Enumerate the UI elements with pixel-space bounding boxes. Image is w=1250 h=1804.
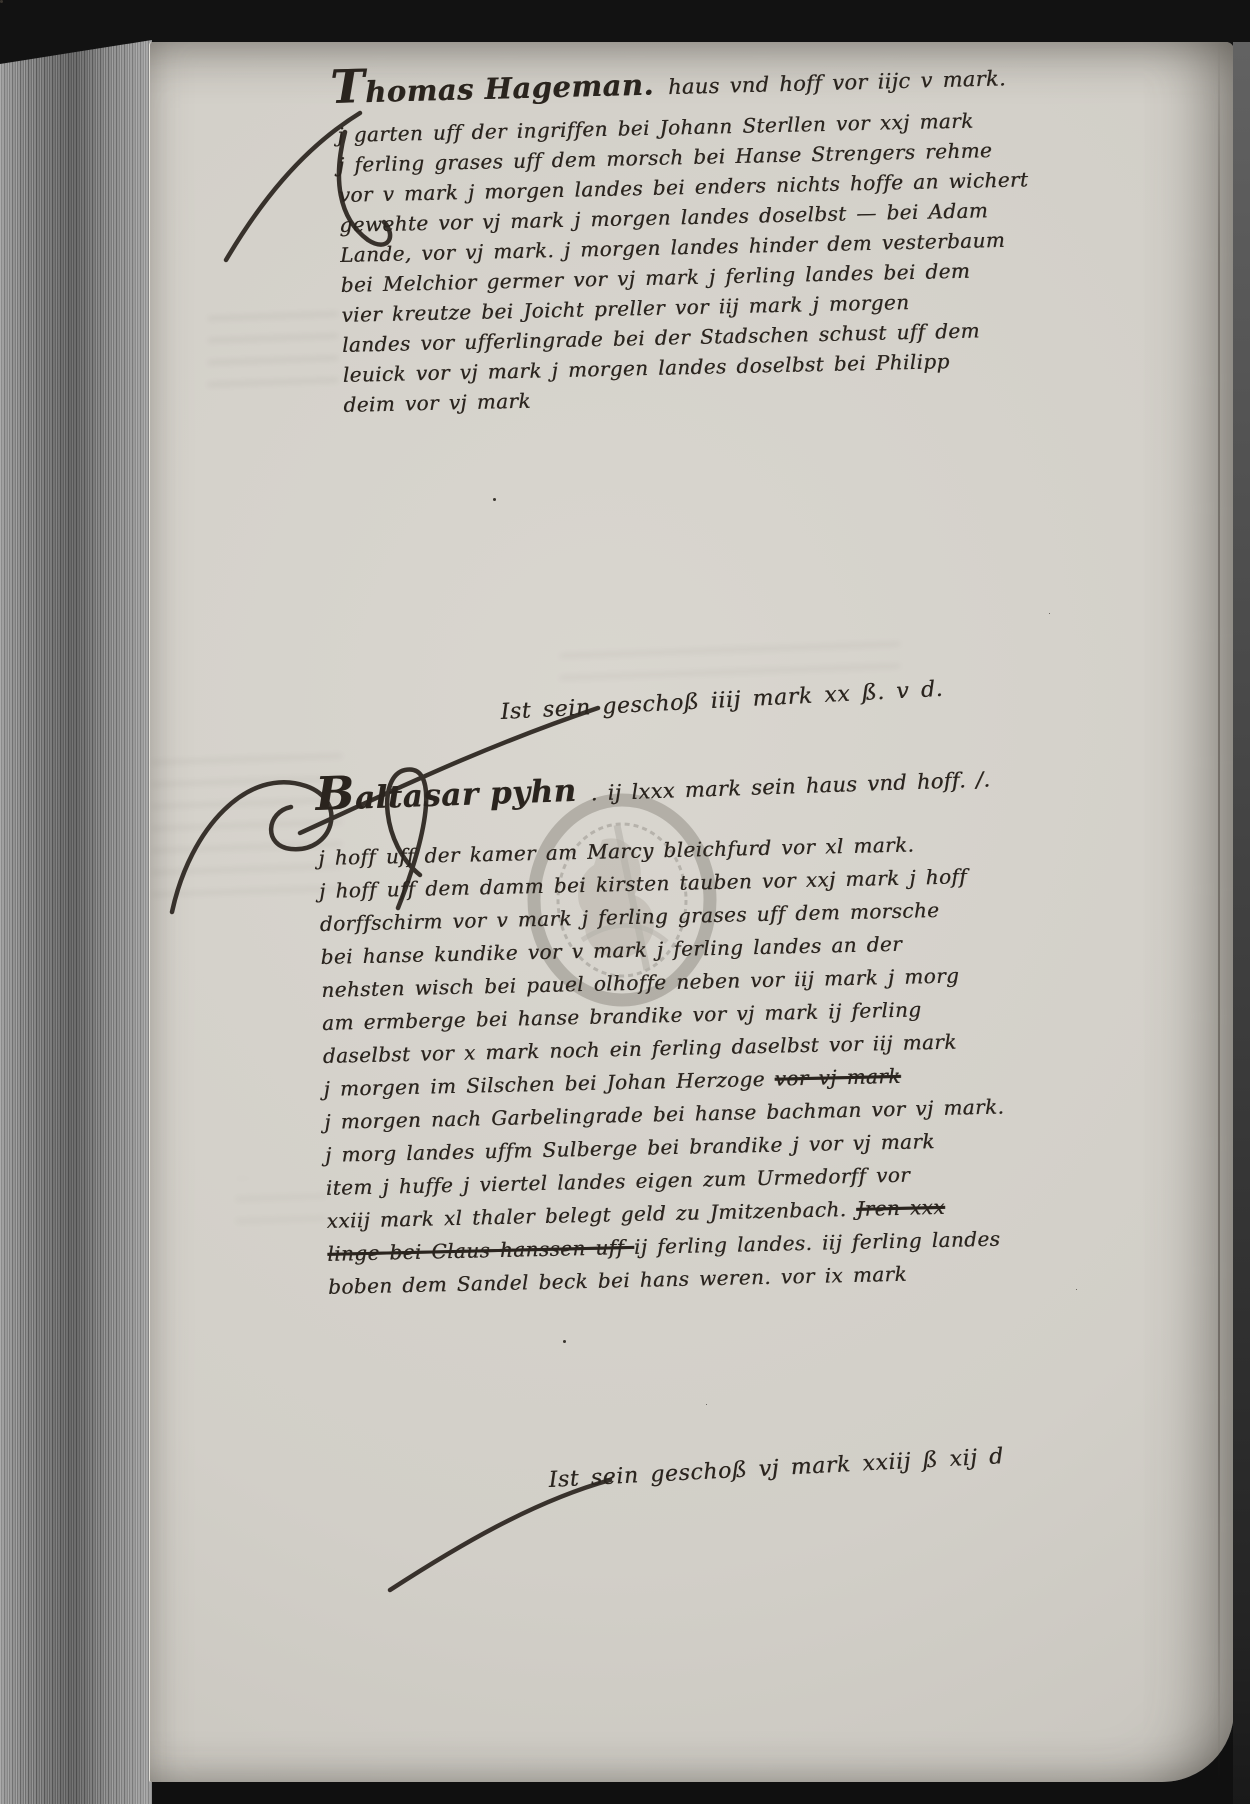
- manuscript-scan: Thomas Hageman.haus vnd hoff vor iijc v …: [0, 0, 1250, 1804]
- book-page-edges: [0, 36, 152, 1804]
- bleed-through-ghost: [208, 300, 338, 400]
- bleed-through-ghost: [152, 748, 342, 908]
- gutter-crease: [1218, 42, 1220, 1782]
- bleed-through-ghost: [236, 1178, 326, 1238]
- paper-specks: [0, 0, 3, 3]
- binding-shadow: [1233, 42, 1250, 1804]
- bleed-through-ghost: [560, 642, 900, 686]
